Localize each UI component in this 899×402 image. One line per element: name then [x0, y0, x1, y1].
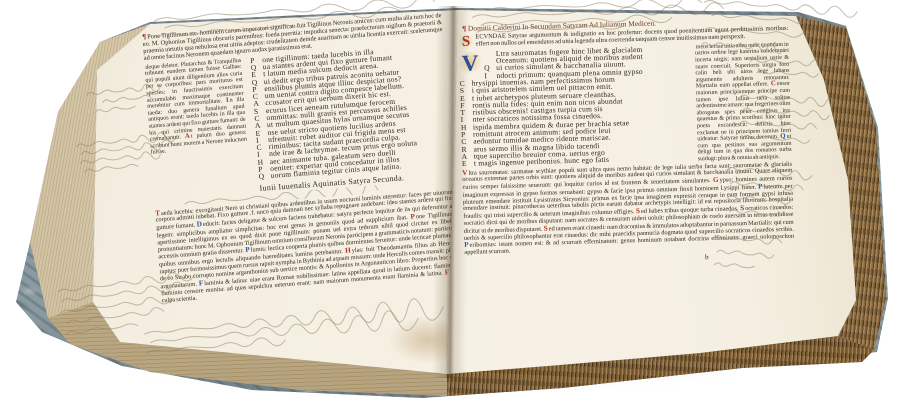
- handwritten-marginalia: [734, 92, 856, 156]
- handwritten-marginalia: [747, 55, 856, 87]
- handwritten-marginalia: [722, 163, 838, 229]
- right-verse-lines: Ltra sauromatas fugere hinc libet & glac…: [459, 44, 689, 167]
- handwritten-marginalia: [710, 232, 813, 281]
- open-book-photo: ¶Pone Tigillinum etc. hominem carum impe…: [0, 0, 899, 402]
- right-verse-block: V Ltra sauromatas fugere hinc libet & gl…: [459, 44, 689, 169]
- left-page-print: ¶Pone Tigillinum etc. hominem carum impe…: [142, 12, 461, 305]
- left-verse-block: Pone tigillinum: taeda lucebis in illaQu…: [250, 43, 453, 181]
